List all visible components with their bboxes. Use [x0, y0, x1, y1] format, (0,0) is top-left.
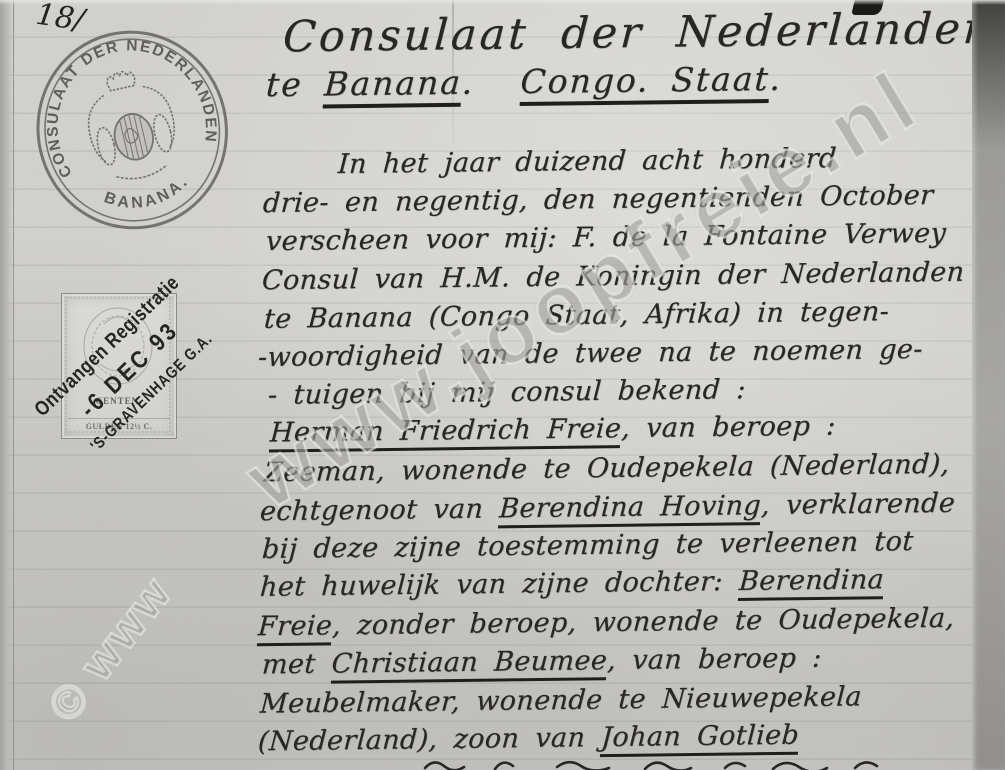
handwriting-line: echtgenoot van Berendina Hoving, verklar…: [259, 488, 956, 528]
scanned-document-page: 18/: [0, 0, 1005, 770]
consulate-round-stamp: CONSULAAT DER NEDERLANDEN BANANA.: [11, 4, 253, 254]
text-segment: (Nederland), zoon van: [257, 722, 602, 757]
handwriting-line: Meubelmaker, wonende te Nieuwepekela: [259, 681, 863, 719]
underlined-place-name: Banana: [323, 63, 463, 109]
consulate-seal-icon: CONSULAAT DER NEDERLANDEN BANANA.: [11, 4, 253, 254]
text-segment: met: [261, 649, 332, 681]
text-segment: , verklarende: [760, 488, 956, 521]
text-segment: .: [461, 63, 476, 102]
underlined-person-name: Berendina: [738, 564, 885, 601]
text-segment: het huwelijk van zijne dochter:: [259, 566, 740, 603]
underlined-person-name: Freie: [257, 610, 333, 646]
document-heading: Consulaat der Nederlanden: [282, 4, 996, 63]
scan-edge-right: [972, 0, 1005, 770]
document-subheading: te Banana.Congo. Staat.: [265, 59, 784, 104]
text-segment: , van beroep :: [620, 411, 836, 445]
text-segment: bij deze zijne toestemming te verleenen …: [261, 526, 914, 565]
registration-stamp: Ontvangen Registratie -6 DEC 93 'S-GRAVE…: [0, 206, 291, 531]
underlined-place-name: Congo. Staat: [519, 59, 771, 106]
scan-edge-left: [0, 0, 14, 770]
text-segment: , zonder beroep, wonende te Oudepekela,: [331, 603, 955, 642]
copyright-watermark: © www: [37, 565, 184, 731]
scan-edge-top: [0, 0, 1005, 5]
text-segment: , van beroep :: [606, 643, 822, 677]
handwriting-line: met Christiaan Beumee, van beroep :: [261, 643, 822, 681]
page-number: 18/: [34, 0, 87, 38]
text-segment: Consulaat der Nederlanden: [282, 4, 996, 63]
underlined-person-name: Berendina Hoving: [498, 490, 762, 528]
underlined-person-name: Christiaan Beumee: [331, 645, 609, 683]
clipped-strokes-icon: [295, 756, 935, 770]
handwriting-line: het huwelijk van zijne dochter: Berendin…: [259, 564, 885, 603]
clipped-handwriting-line: [295, 756, 935, 770]
handwriting-line: Freie, zonder beroep, wonende te Oudepek…: [257, 603, 955, 643]
handwriting-line: bij deze zijne toestemming te verleenen …: [261, 526, 914, 565]
text-segment: Meubelmaker, wonende te Nieuwepekela: [259, 681, 863, 719]
underlined-person-name: Johan Gotlieb: [600, 720, 800, 757]
text-segment: te: [265, 64, 326, 104]
text-segment: .: [769, 59, 784, 98]
handwriting-line: (Nederland), zoon van Johan Gotlieb: [257, 720, 800, 758]
